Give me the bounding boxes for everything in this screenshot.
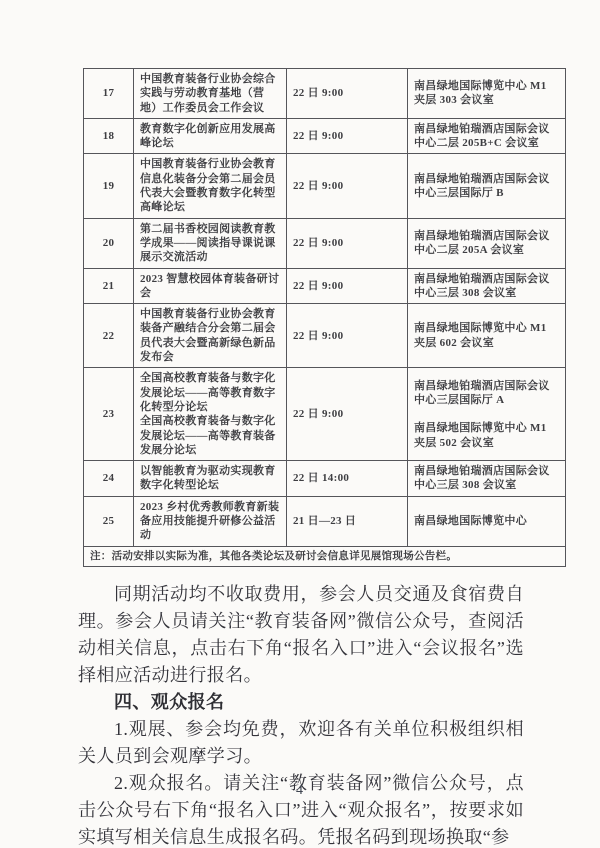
event-schedule-table: 17 中国教育装备行业协会综合实践与劳动教育基地（营地）工作委员会工作会议 22… — [83, 68, 566, 567]
event-time: 22 日 9:00 — [287, 154, 408, 218]
event-time: 21 日—23 日 — [287, 496, 408, 546]
document-page: 17 中国教育装备行业协会综合实践与劳动教育基地（营地）工作委员会工作会议 22… — [0, 0, 600, 848]
event-name: 第二届书香校园阅读教育教学成果——阅读指导课说课展示交流活动 — [134, 218, 287, 268]
row-number: 19 — [84, 154, 134, 218]
section-heading-visitor-registration: 四、观众报名 — [78, 689, 524, 716]
event-venue: 南昌绿地铂瑞酒店国际会议中心三层国际厅 B — [408, 154, 566, 218]
table-note-row: 注：活动安排以实际为准，其他各类论坛及研讨会信息详见展馆现场公告栏。 — [84, 546, 566, 567]
event-name-second: 全国高校教育装备与数字化发展论坛——高等教育装备发展分论坛 — [140, 414, 280, 457]
row-number: 25 — [84, 496, 134, 546]
event-name: 2023 乡村优秀教师教育新装备应用技能提升研修公益活动 — [134, 496, 287, 546]
event-name: 全国高校教育装备与数字化发展论坛——高等教育数字化转型分论坛 全国高校教育装备与… — [134, 368, 287, 461]
event-venue: 南昌绿地铂瑞酒店国际会议中心二层 205B+C 会议室 — [408, 118, 566, 154]
event-venue: 南昌绿地国际博览中心 — [408, 496, 566, 546]
event-name: 中国教育装备行业协会综合实践与劳动教育基地（营地）工作委员会工作会议 — [134, 69, 287, 119]
row-number: 18 — [84, 118, 134, 154]
event-name: 2023 智慧校园体育装备研讨会 — [134, 268, 287, 304]
event-venue: 南昌绿地铂瑞酒店国际会议中心三层 308 会议室 — [408, 268, 566, 304]
event-venue: 南昌绿地铂瑞酒店国际会议中心三层国际厅 A 南昌绿地国际博览中心 M1 夹层 5… — [408, 368, 566, 461]
body-text: 同期活动均不收取费用，参会人员交通及食宿费自理。参会人员请关注“教育装备网”微信… — [78, 581, 524, 848]
event-time: 22 日 14:00 — [287, 461, 408, 497]
event-venue-first: 南昌绿地铂瑞酒店国际会议中心三层国际厅 A — [414, 379, 559, 408]
event-venue-second: 南昌绿地国际博览中心 M1 夹层 502 会议室 — [414, 421, 559, 450]
paragraph-fees-registration: 同期活动均不收取费用，参会人员交通及食宿费自理。参会人员请关注“教育装备网”微信… — [78, 581, 524, 689]
paragraph-free-admission: 1.观展、参会均免费，欢迎各有关单位积极组织相关人员到会观摩学习。 — [78, 716, 524, 770]
row-number: 20 — [84, 218, 134, 268]
table-row: 20 第二届书香校园阅读教育教学成果——阅读指导课说课展示交流活动 22 日 9… — [84, 218, 566, 268]
event-name: 中国教育装备行业协会教育信息化装备分会第二届会员代表大会暨教育数字化转型高峰论坛 — [134, 154, 287, 218]
table-row: 22 中国教育装备行业协会教育装备产融结合分会第二届会员代表大会暨高新绿色新品发… — [84, 304, 566, 368]
event-time: 22 日 9:00 — [287, 368, 408, 461]
table-note: 注：活动安排以实际为准，其他各类论坛及研讨会信息详见展馆现场公告栏。 — [84, 546, 566, 567]
table-row: 17 中国教育装备行业协会综合实践与劳动教育基地（营地）工作委员会工作会议 22… — [84, 69, 566, 119]
table-row: 25 2023 乡村优秀教师教育新装备应用技能提升研修公益活动 21 日—23 … — [84, 496, 566, 546]
event-venue: 南昌绿地国际博览中心 M1 夹层 602 会议室 — [408, 304, 566, 368]
table-row: 18 教育数字化创新应用发展高峰论坛 22 日 9:00 南昌绿地铂瑞酒店国际会… — [84, 118, 566, 154]
event-name: 以智能教育为驱动实现教育数字化转型论坛 — [134, 461, 287, 497]
event-venue: 南昌绿地国际博览中心 M1 夹层 303 会议室 — [408, 69, 566, 119]
event-name: 教育数字化创新应用发展高峰论坛 — [134, 118, 287, 154]
table-row: 21 2023 智慧校园体育装备研讨会 22 日 9:00 南昌绿地铂瑞酒店国际… — [84, 268, 566, 304]
row-number: 22 — [84, 304, 134, 368]
event-time: 22 日 9:00 — [287, 304, 408, 368]
event-name: 中国教育装备行业协会教育装备产融结合分会第二届会员代表大会暨高新绿色新品发布会 — [134, 304, 287, 368]
event-time: 22 日 9:00 — [287, 218, 408, 268]
paragraph-visitor-signup: 2.观众报名。请关注“教育装备网”微信公众号，点击公众号右下角“报名入口”进入“… — [78, 770, 524, 848]
row-number: 17 — [84, 69, 134, 119]
event-time: 22 日 9:00 — [287, 118, 408, 154]
row-number: 21 — [84, 268, 134, 304]
table-row: 24 以智能教育为驱动实现教育数字化转型论坛 22 日 14:00 南昌绿地铂瑞… — [84, 461, 566, 497]
event-time: 22 日 9:00 — [287, 268, 408, 304]
event-name-first: 全国高校教育装备与数字化发展论坛——高等教育数字化转型分论坛 — [140, 371, 280, 414]
event-venue: 南昌绿地铂瑞酒店国际会议中心三层 308 会议室 — [408, 461, 566, 497]
table-row: 23 全国高校教育装备与数字化发展论坛——高等教育数字化转型分论坛 全国高校教育… — [84, 368, 566, 461]
row-number: 23 — [84, 368, 134, 461]
page-number: 4 — [0, 783, 600, 799]
table-row: 19 中国教育装备行业协会教育信息化装备分会第二届会员代表大会暨教育数字化转型高… — [84, 154, 566, 218]
row-number: 24 — [84, 461, 134, 497]
event-venue: 南昌绿地铂瑞酒店国际会议中心二层 205A 会议室 — [408, 218, 566, 268]
event-time: 22 日 9:00 — [287, 69, 408, 119]
